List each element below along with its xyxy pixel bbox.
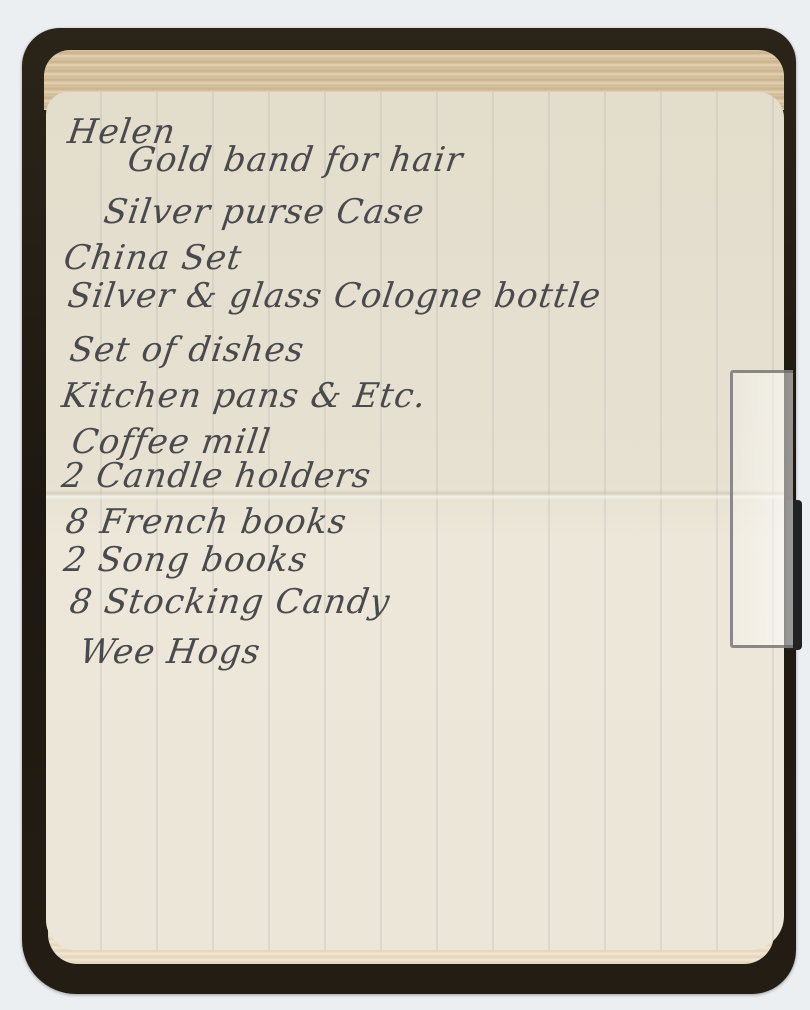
list-item: Set of dishes — [67, 330, 307, 370]
list-item: Silver & glass Cologne bottle — [65, 276, 604, 316]
list-item: Wee Hogs — [77, 632, 263, 672]
handwritten-list: Helen Gold band for hair Silver purse Ca… — [46, 92, 784, 950]
list-item: 2 Candle holders — [59, 456, 374, 496]
list-item: Silver purse Case — [101, 192, 427, 232]
notebook-page: Helen Gold band for hair Silver purse Ca… — [46, 92, 784, 950]
plastic-page-clip — [730, 370, 793, 648]
list-item: Kitchen pans & Etc. — [59, 376, 429, 416]
list-item: China Set — [61, 238, 244, 278]
list-item: Gold band for hair — [125, 140, 466, 180]
list-item: 8 Stocking Candy — [67, 582, 393, 622]
list-item: 8 French books — [63, 502, 349, 542]
list-item: 2 Song books — [61, 540, 310, 580]
